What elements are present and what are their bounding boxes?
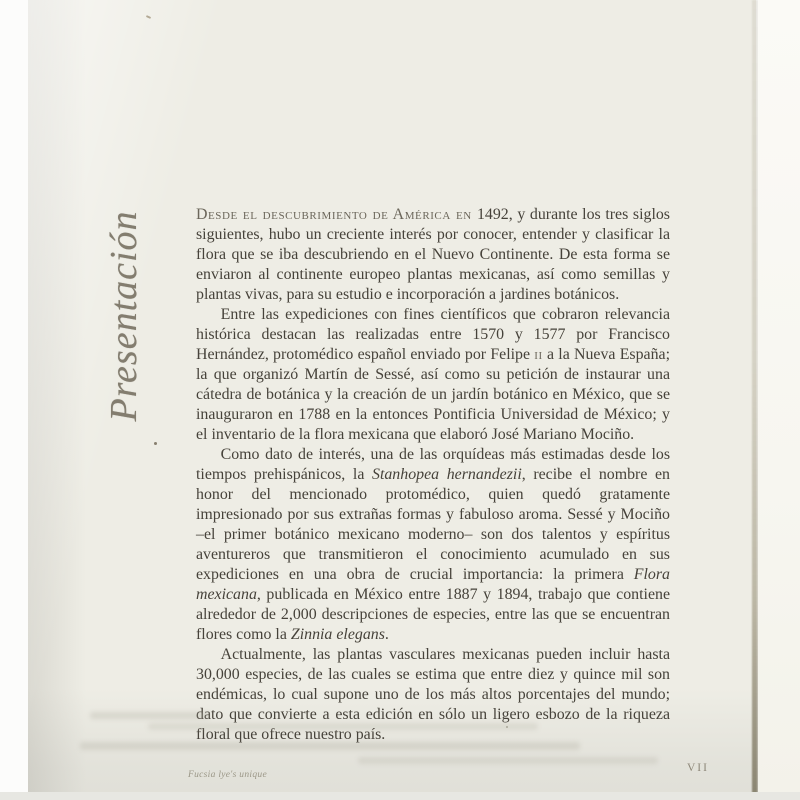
showthrough-ghost-line	[90, 712, 210, 719]
paragraph: Desde el descubrimiento de América en 14…	[196, 205, 670, 305]
book-page: Presentación Desde el descubrimiento de …	[28, 0, 756, 800]
text-segment-normal: .	[385, 626, 389, 643]
paragraph: Como dato de interés, una de las orquíde…	[196, 445, 670, 645]
paragraph: Actualmente, las plantas vasculares mexi…	[196, 645, 670, 745]
showthrough-ghost-line	[358, 757, 658, 764]
footer-caption: Fucsia lye's unique	[188, 770, 267, 780]
text-segment-smallcaps: ii	[534, 346, 542, 363]
scanned-book-page: Presentación Desde el descubrimiento de …	[0, 0, 800, 800]
next-page-strip	[758, 0, 800, 800]
text-segment-normal: , publicada en México entre 1887 y 1894,…	[196, 586, 670, 643]
dust-speck	[506, 726, 508, 728]
text-segment-italic: Stanhopea hernandezii	[372, 466, 522, 483]
scan-bottom-edge	[0, 792, 800, 800]
chapter-title-vertical: Presentación	[102, 210, 146, 421]
showthrough-ghost-line	[148, 723, 538, 730]
text-segment-italic: Zinnia elegans	[291, 626, 385, 643]
dust-speck	[146, 15, 151, 19]
body-text: Desde el descubrimiento de América en 14…	[196, 205, 670, 745]
page-number: VII	[687, 762, 709, 774]
text-segment-smallcaps: Desde el descubrimiento de América en	[196, 206, 477, 223]
showthrough-ghost-line	[80, 742, 580, 750]
paragraph: Entre las expediciones con fines científ…	[196, 305, 670, 445]
dust-speck	[154, 442, 157, 445]
text-segment-normal: , recibe el nombre en honor del menciona…	[196, 466, 670, 583]
